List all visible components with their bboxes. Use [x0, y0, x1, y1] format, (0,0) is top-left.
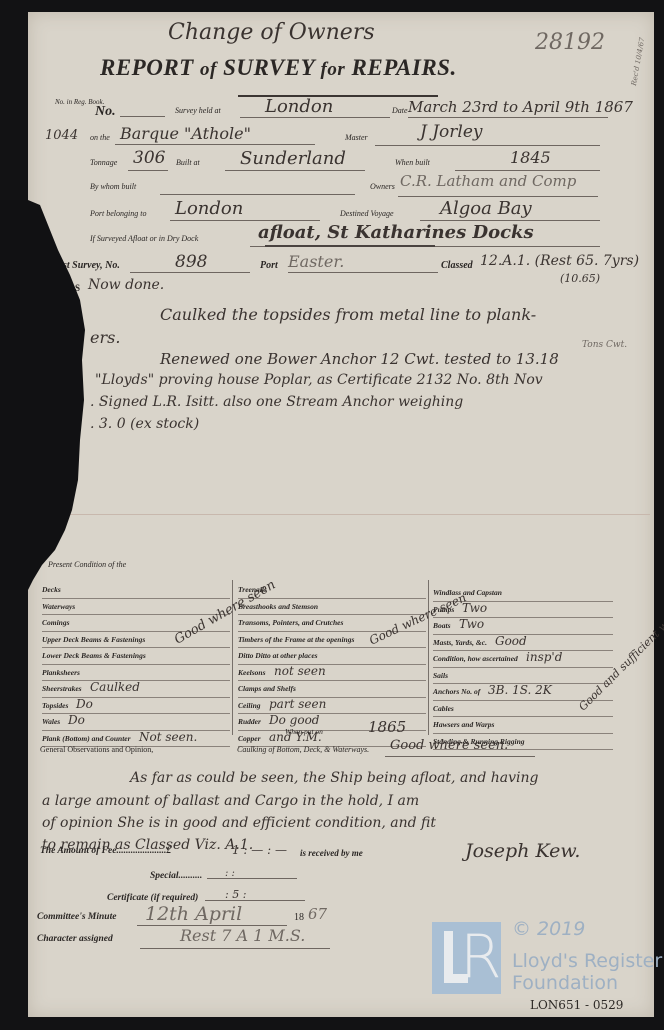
caulking-line [385, 756, 535, 757]
condition-row: Clamps and Shelfs [238, 681, 426, 698]
afloat-value: afloat, St Katharines Docks [258, 222, 534, 243]
condition-column-equipment: Windlass and CapstanPumpsTwoBoatsTwoMast… [433, 585, 613, 750]
classed-sub: (10.65) [560, 272, 600, 285]
repairs-line-6: . 3. 0 (ex stock) [90, 416, 199, 432]
logo-r-letter: R [460, 931, 488, 983]
vessel-value: Barque "Athole" [120, 124, 251, 143]
port-belonging-line [170, 220, 320, 221]
fold-line [40, 514, 650, 515]
title-survey: SURVEY [223, 55, 314, 80]
committee-year: 67 [308, 905, 327, 923]
condition-row-label: Cables [433, 704, 456, 713]
by-whom-line [160, 194, 355, 195]
condition-row: Condition, how ascertainedinsp'd [433, 651, 613, 668]
table-divider-2 [428, 580, 429, 735]
on-the-label: on the [90, 133, 110, 142]
condition-row-label: Windlass and Capstan [433, 588, 504, 597]
reg-book-number: 1044 [45, 128, 78, 143]
character-line [140, 948, 330, 949]
condition-row-label: Sheerstrakes [42, 684, 84, 693]
certificate-line [205, 900, 305, 901]
destined-voyage-value: Algoa Bay [440, 198, 532, 219]
condition-row-label: Rudder [238, 717, 263, 726]
master-line [375, 145, 600, 146]
certificate-label: Certificate (if required) [107, 893, 198, 903]
condition-row-label: Timbers of the Frame at the openings [238, 635, 356, 644]
caulking-label: Caulking of Bottom, Deck, & Waterways. [237, 745, 369, 754]
copyright-text: © 2019 [512, 918, 585, 940]
committee-minute-label: Committee's Minute [37, 912, 116, 922]
general-observations-label: General Observations and Opinion, [40, 745, 153, 754]
character-assigned-label: Character assigned [37, 934, 113, 944]
master-value: J Jorley [420, 122, 483, 142]
condition-row: Waterways [42, 599, 230, 616]
condition-row-label: Clamps and Shelfs [238, 684, 298, 693]
repairs-line-1: Caulked the topsides from metal line to … [160, 305, 536, 324]
condition-row-label: Plank (Bottom) and Counter [42, 734, 133, 743]
condition-row-label: Topsides [42, 701, 70, 710]
condition-row: Lower Deck Beams & Fastenings [42, 648, 230, 665]
present-condition-heading: Present Condition of the [48, 560, 126, 569]
condition-row-value: Not seen. [139, 730, 197, 744]
built-at-label: Built at [176, 158, 200, 167]
condition-row-label: Comings [42, 618, 72, 627]
condition-row: Ditto Ditto at other places [238, 648, 426, 665]
condition-row: WalesDo [42, 714, 230, 731]
condition-row-label: Anchors No. of [433, 687, 482, 696]
repairs-line-5: . Signed L.R. Isitt. also one Stream Anc… [90, 394, 463, 410]
repairs-line-4: "Lloyds" proving house Poplar, as Certif… [95, 372, 543, 388]
repairs-line-3: Renewed one Bower Anchor 12 Cwt. tested … [160, 350, 559, 368]
condition-row: TopsidesDo [42, 698, 230, 715]
fee-value: 1 : — : — [232, 843, 287, 857]
owners-value: C.R. Latham and Comp [400, 172, 576, 190]
condition-row-label: Decks [42, 585, 63, 594]
document-number: 28192 [535, 30, 605, 55]
condition-row: SheerstrakesCaulked [42, 681, 230, 698]
owners-label: Owners [370, 182, 395, 191]
condition-row-label: Planksheers [42, 668, 82, 677]
last-survey-line [130, 272, 250, 273]
built-at-value: Sunderland [240, 148, 346, 169]
condition-row: Breasthooks and Stemson [238, 599, 426, 616]
condition-row-value: 3B. 1S. 2K [488, 683, 552, 697]
date-label: Date [392, 106, 408, 115]
condition-row: Decks [42, 582, 230, 599]
condition-row-value: Good [495, 634, 527, 648]
condition-row-value: Caulked [90, 680, 140, 694]
condition-row: Sails [433, 668, 613, 685]
fee-label: The Amount of Fee.....................£ [40, 846, 171, 856]
when-built-label: When built [395, 158, 430, 167]
last-survey-port-value: Easter. [288, 252, 344, 271]
classed-value: 12.A.1. (Rest 65. 7yrs) [480, 253, 639, 269]
condition-row-label: Ditto Ditto at other places [238, 651, 320, 660]
condition-row-value: part seen [269, 697, 326, 711]
condition-row-value: Do [76, 697, 93, 711]
by-whom-label: By whom built [90, 182, 136, 191]
condition-row-label: Keelsons [238, 668, 268, 677]
condition-row-label: Boats [433, 621, 453, 630]
date-value: March 23rd to April 9th 1867 [408, 98, 633, 116]
condition-row-label: Condition, how ascertained [433, 654, 520, 663]
committee-year-prefix: 18 [294, 912, 304, 923]
condition-row-value: Two [459, 617, 484, 631]
survey-held-label: Survey held at [175, 106, 221, 115]
lr-logo: R [432, 922, 501, 994]
change-of-owners-annotation: Change of Owners [168, 20, 375, 45]
watermark-org-line-2: Foundation [512, 972, 618, 994]
special-label: Special.......... [150, 871, 202, 881]
owners-line [398, 196, 598, 197]
last-survey-number: 898 [175, 252, 207, 272]
condition-column-hull: DecksWaterwaysComingsUpper Deck Beams & … [42, 582, 230, 747]
master-label: Master [345, 133, 368, 142]
section-divider [265, 245, 435, 247]
condition-row-label: Ceiling [238, 701, 263, 710]
repairs-superscript: Tons Cwt. [582, 340, 627, 350]
when-put-on-value: 1865 [368, 718, 406, 736]
condition-row-label: Wales [42, 717, 62, 726]
condition-row: Hawsers and Warps [433, 717, 613, 734]
condition-row: Keelsonsnot seen [238, 665, 426, 682]
title-for: for [321, 59, 346, 80]
survey-held-line [240, 117, 390, 118]
survey-held-value: London [265, 96, 333, 117]
no-label: No. [95, 104, 116, 120]
when-built-line [455, 170, 600, 171]
built-at-line [225, 170, 365, 171]
afloat-label: If Surveyed Afloat or in Dry Dock [90, 234, 198, 243]
when-built-value: 1845 [510, 148, 551, 167]
repairs-line-2: ers. [90, 328, 120, 347]
condition-row: Ceilingpart seen [238, 698, 426, 715]
last-survey-port-line [288, 272, 438, 273]
last-survey-label: ast Survey, No. [58, 260, 120, 271]
condition-row-label: Transoms, Pointers, and Crutches [238, 618, 345, 627]
condition-row: Masts, Yards, &c.Good [433, 635, 613, 652]
title-report: REPORT [100, 55, 194, 80]
condition-row: Planksheers [42, 665, 230, 682]
condition-row-label: Lower Deck Beams & Fastenings [42, 651, 148, 660]
condition-row-value: insp'd [526, 650, 562, 664]
condition-row-label: Hawsers and Warps [433, 720, 496, 729]
surveyor-signature: Joseph Kew. [465, 840, 580, 862]
destined-voyage-line [420, 220, 600, 221]
received-label: is received by me [300, 848, 363, 858]
condition-row-label: Sails [433, 671, 450, 680]
condition-row-value: not seen [274, 664, 326, 678]
watermark-org-line-1: Lloyd's Register [512, 950, 662, 972]
opinion-line-2: a large amount of ballast and Cargo in t… [42, 793, 419, 809]
page-title: REPORT of SURVEY for REPAIRS. [100, 55, 457, 81]
title-of: of [200, 59, 217, 80]
when-put-on-label: When put on [285, 727, 323, 736]
reference-number: LON651 - 0529 [530, 998, 623, 1012]
opinion-line-1: As far as could be seen, the Ship being … [130, 770, 538, 786]
date-line [408, 117, 608, 118]
repairs-value: Now done. [88, 277, 164, 293]
committee-minute-value: 12th April [145, 903, 242, 925]
title-repairs: REPAIRS. [352, 55, 457, 80]
opinion-line-3: of opinion She is in good and efficient … [42, 815, 436, 831]
condition-row-label: Masts, Yards, &c. [433, 638, 489, 647]
last-survey-port-label: Port [260, 260, 278, 271]
vessel-line [115, 144, 315, 145]
condition-row-label: Upper Deck Beams & Fastenings [42, 635, 147, 644]
caulking-value: Good where seen. [390, 738, 508, 753]
classed-label: Classed [441, 260, 473, 271]
port-belonging-value: London [175, 198, 243, 219]
tonnage-line [128, 170, 168, 171]
reg-book-label: No. in Reg. Book. [55, 98, 95, 106]
port-belonging-label: Port belonging to [90, 209, 146, 218]
condition-row-value: Do good [269, 713, 319, 727]
condition-row: BoatsTwo [433, 618, 613, 635]
condition-row-label: Waterways [42, 602, 77, 611]
character-assigned-value: Rest 7 A 1 M.S. [180, 926, 305, 945]
tonnage-label: Tonnage [90, 158, 117, 167]
destined-voyage-label: Destined Voyage [340, 209, 394, 218]
condition-row-value: Do [68, 713, 85, 727]
no-field [120, 116, 165, 117]
repairs-label: IRS [65, 283, 80, 293]
special-line [207, 878, 297, 879]
condition-row-label: Copper [238, 734, 263, 743]
tonnage-value: 306 [133, 148, 165, 168]
